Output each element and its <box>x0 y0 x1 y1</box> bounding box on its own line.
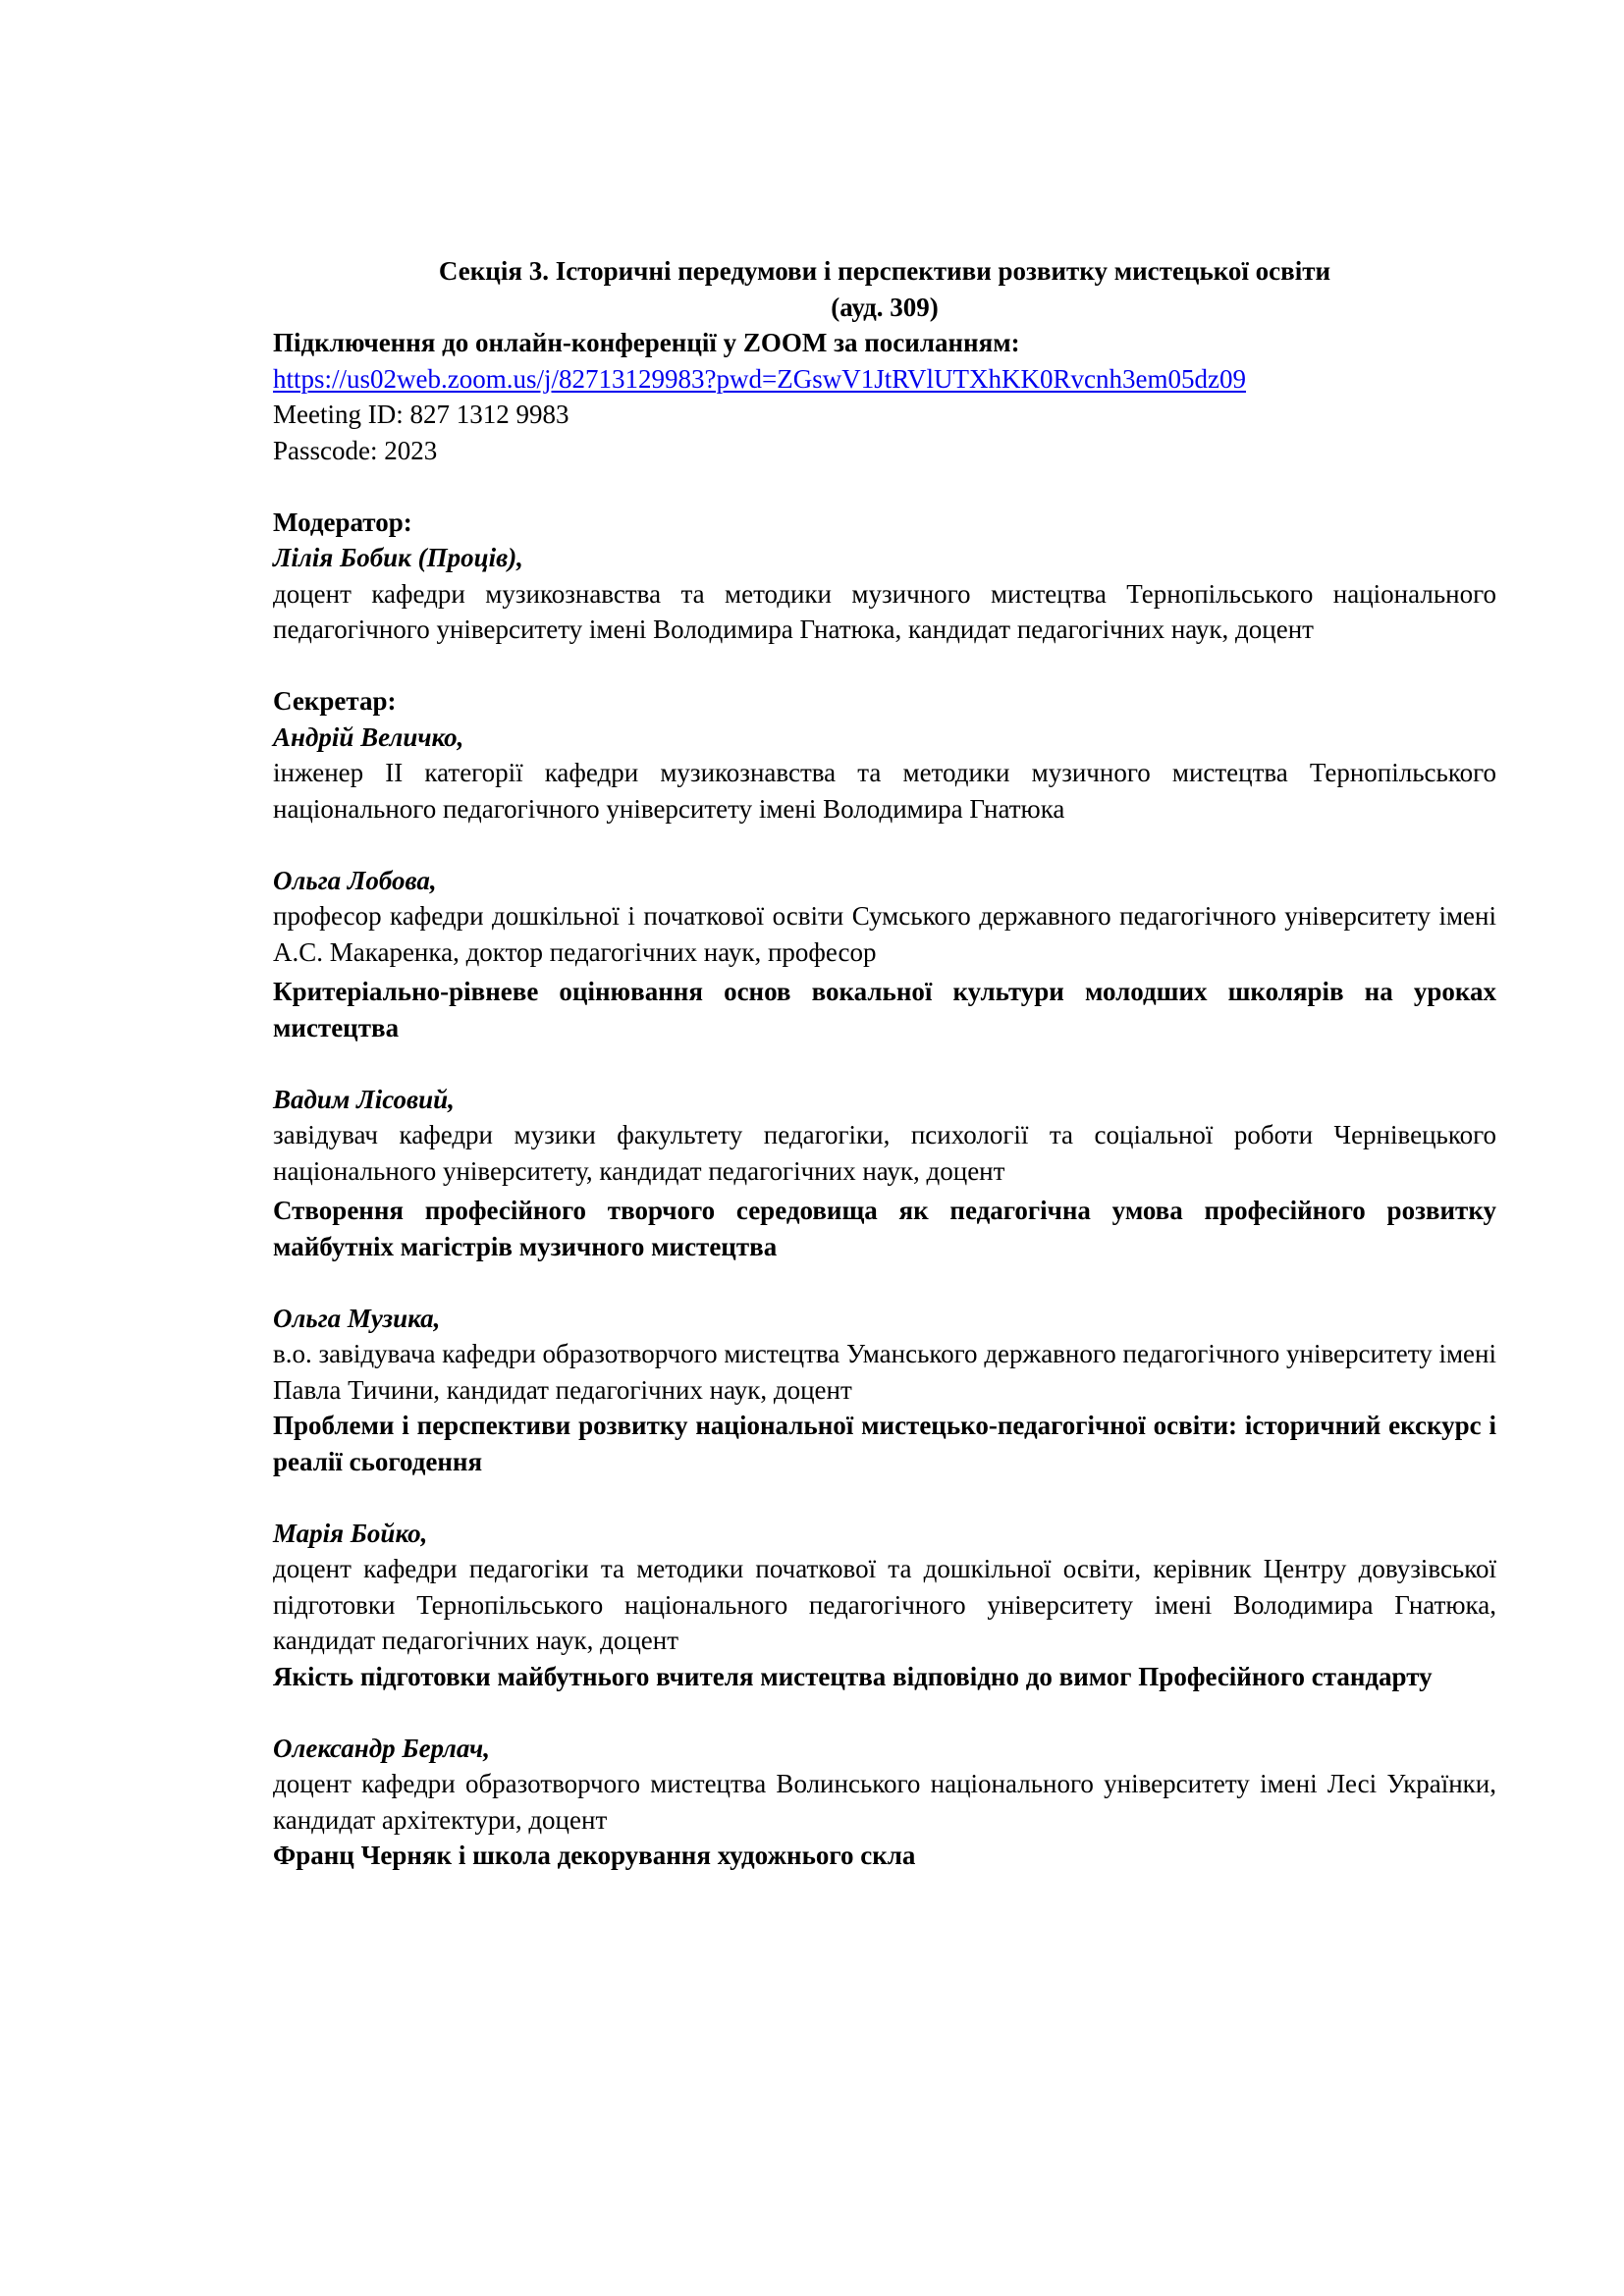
speaker-entry: Марія Бойко, доцент кафедри педагогіки т… <box>273 1516 1496 1695</box>
secretary-label: Секретар: <box>273 683 1496 720</box>
speaker-name: Марія Бойко, <box>273 1516 1496 1552</box>
zoom-heading: Підключення до онлайн-конференції у ZOOM… <box>273 325 1496 361</box>
spacer <box>273 468 1496 505</box>
secretary-block: Секретар: Андрій Величко, інженер ІІ кат… <box>273 683 1496 827</box>
speaker-entry: Ольга Лобова, професор кафедри дошкільно… <box>273 863 1496 1046</box>
section-room: (ауд. 309) <box>273 290 1496 326</box>
spacer <box>273 648 1496 684</box>
spacer <box>273 827 1496 863</box>
speaker-affiliation: завідувач кафедри музики факультету педа… <box>273 1117 1496 1189</box>
speaker-affiliation: професор кафедри дошкільної і початкової… <box>273 898 1496 970</box>
speaker-name: Олександр Берлач, <box>273 1731 1496 1767</box>
speaker-name: Вадим Лісовий, <box>273 1082 1496 1118</box>
moderator-name: Лілія Бобик (Проців), <box>273 540 1496 576</box>
spacer <box>273 1264 1496 1301</box>
moderator-label: Модератор: <box>273 505 1496 541</box>
speaker-name: Ольга Музика, <box>273 1301 1496 1337</box>
speaker-entry: Вадим Лісовий, завідувач кафедри музики … <box>273 1082 1496 1265</box>
speaker-affiliation: доцент кафедри педагогіки та методики по… <box>273 1551 1496 1659</box>
zoom-info: Підключення до онлайн-конференції у ZOOM… <box>273 325 1496 468</box>
spacer <box>273 1694 1496 1731</box>
secretary-affiliation: інженер ІІ категорії кафедри музикознавс… <box>273 755 1496 827</box>
spacer <box>273 1045 1496 1082</box>
speaker-topic: Якість підготовки майбутнього вчителя ми… <box>273 1659 1496 1695</box>
speaker-topic: Критеріально-рівневе оцінювання основ во… <box>273 974 1496 1045</box>
moderator-affiliation: доцент кафедри музикознавства та методик… <box>273 576 1496 648</box>
speaker-topic: Проблеми і перспективи розвитку націонал… <box>273 1408 1496 1479</box>
speaker-entry: Олександр Берлач, доцент кафедри образот… <box>273 1731 1496 1874</box>
spacer <box>273 1479 1496 1516</box>
document-page: Секція 3. Історичні передумови і перспек… <box>273 253 1496 1874</box>
passcode: Passcode: 2023 <box>273 433 1496 469</box>
moderator-block: Модератор: Лілія Бобик (Проців), доцент … <box>273 505 1496 648</box>
speaker-affiliation: доцент кафедри образотворчого мистецтва … <box>273 1766 1496 1838</box>
secretary-name: Андрій Величко, <box>273 720 1496 756</box>
section-title: Секція 3. Історичні передумови і перспек… <box>273 253 1496 325</box>
speaker-affiliation: в.о. завідувача кафедри образотворчого м… <box>273 1336 1496 1408</box>
speaker-name: Ольга Лобова, <box>273 863 1496 899</box>
section-title-line1: Секція 3. Історичні передумови і перспек… <box>273 253 1496 290</box>
speaker-entry: Ольга Музика, в.о. завідувача кафедри об… <box>273 1301 1496 1480</box>
speaker-topic: Франц Черняк і школа декорування художнь… <box>273 1838 1496 1874</box>
meeting-id: Meeting ID: 827 1312 9983 <box>273 397 1496 433</box>
speaker-topic: Створення професійного творчого середови… <box>273 1193 1496 1264</box>
zoom-link[interactable]: https://us02web.zoom.us/j/82713129983?pw… <box>273 361 1496 398</box>
